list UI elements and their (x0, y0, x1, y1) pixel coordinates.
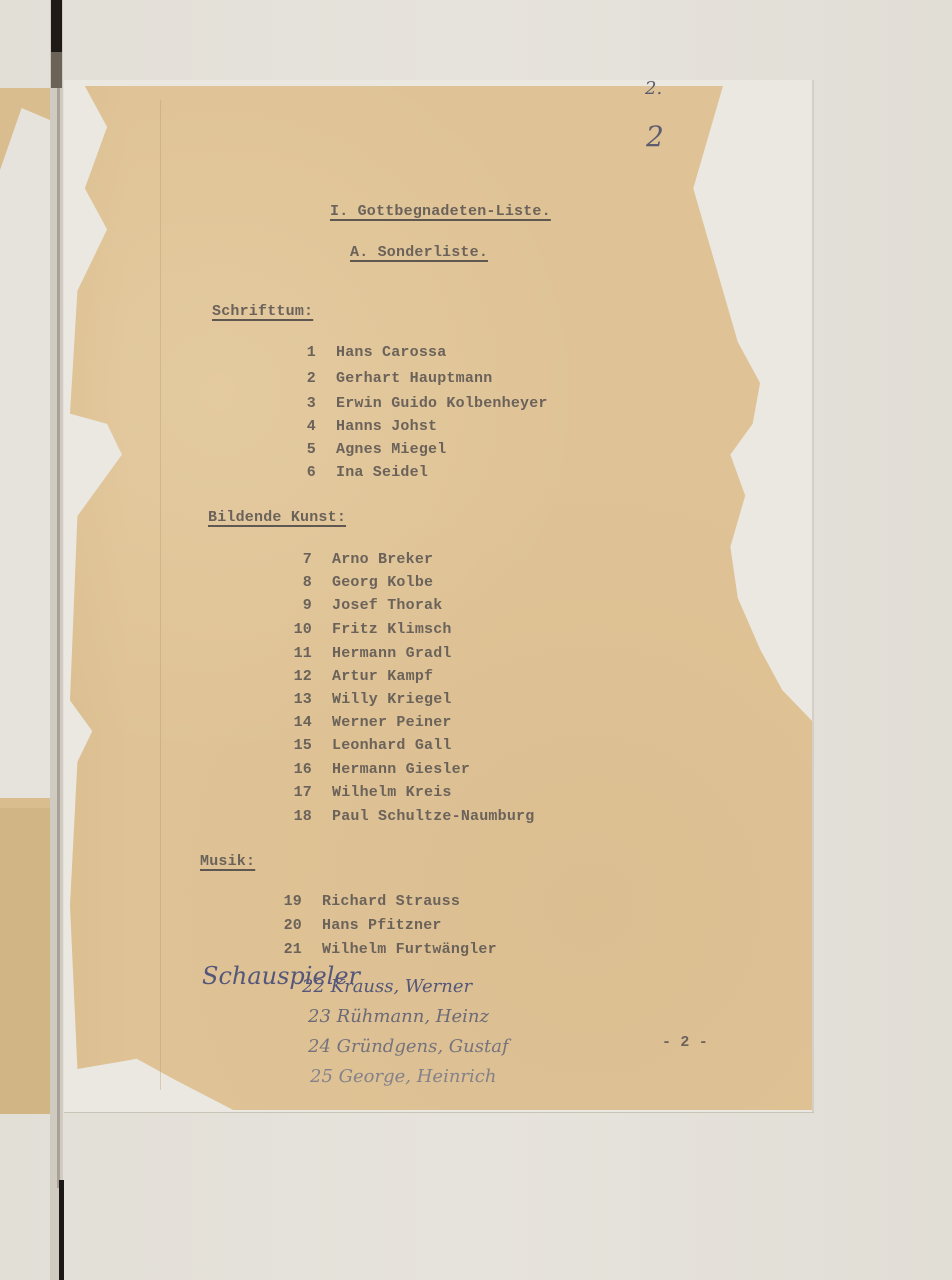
section-heading-bildende-kunst: Bildende Kunst: (208, 509, 346, 526)
list-item: 7Arno Breker (286, 551, 433, 568)
corner-mark-1: 2. (645, 78, 662, 99)
list-item: 21Wilhelm Furtwängler (276, 941, 497, 958)
list-item: 15Leonhard Gall (286, 737, 452, 754)
list-item: 6Ina Seidel (290, 464, 428, 481)
handwritten-entry: 24 Gründgens, Gustaf (308, 1036, 509, 1057)
handwritten-entry: 23 Rühmann, Heinz (308, 1006, 489, 1027)
list-item: 13Willy Kriegel (286, 691, 452, 708)
list-item: 8Georg Kolbe (286, 574, 433, 591)
handwritten-entry: 25 George, Heinrich (310, 1066, 496, 1087)
list-item: 12Artur Kampf (286, 668, 433, 685)
document-title: I. Gottbegnadeten-Liste. (330, 203, 551, 220)
list-item: 5Agnes Miegel (290, 441, 446, 458)
list-item: 9Josef Thorak (286, 597, 442, 614)
corner-mark-2: 2 (646, 120, 664, 153)
list-item: 4Hanns Johst (290, 418, 437, 435)
list-item: 17Wilhelm Kreis (286, 784, 452, 801)
document-subtitle: A. Sonderliste. (350, 244, 488, 261)
list-item: 11Hermann Gradl (286, 645, 452, 662)
section-heading-schrifttum: Schrifttum: (212, 303, 313, 320)
list-item: 10Fritz Klimsch (286, 621, 452, 638)
page-number: - 2 - (662, 1034, 708, 1051)
list-item: 19Richard Strauss (276, 893, 460, 910)
list-item: 3Erwin Guido Kolbenheyer (290, 395, 548, 412)
list-item: 20Hans Pfitzner (276, 917, 442, 934)
list-item: 18Paul Schultze-Naumburg (286, 808, 534, 825)
list-item: 14Werner Peiner (286, 714, 452, 731)
document-content: 2. 2 I. Gottbegnadeten-Liste. A. Sonderl… (0, 0, 952, 1280)
list-item: 1Hans Carossa (290, 344, 446, 361)
list-item: 2Gerhart Hauptmann (290, 370, 492, 387)
handwritten-entry: 22 Krauss, Werner (302, 976, 472, 997)
list-item: 16Hermann Giesler (286, 761, 470, 778)
section-heading-musik: Musik: (200, 853, 255, 870)
